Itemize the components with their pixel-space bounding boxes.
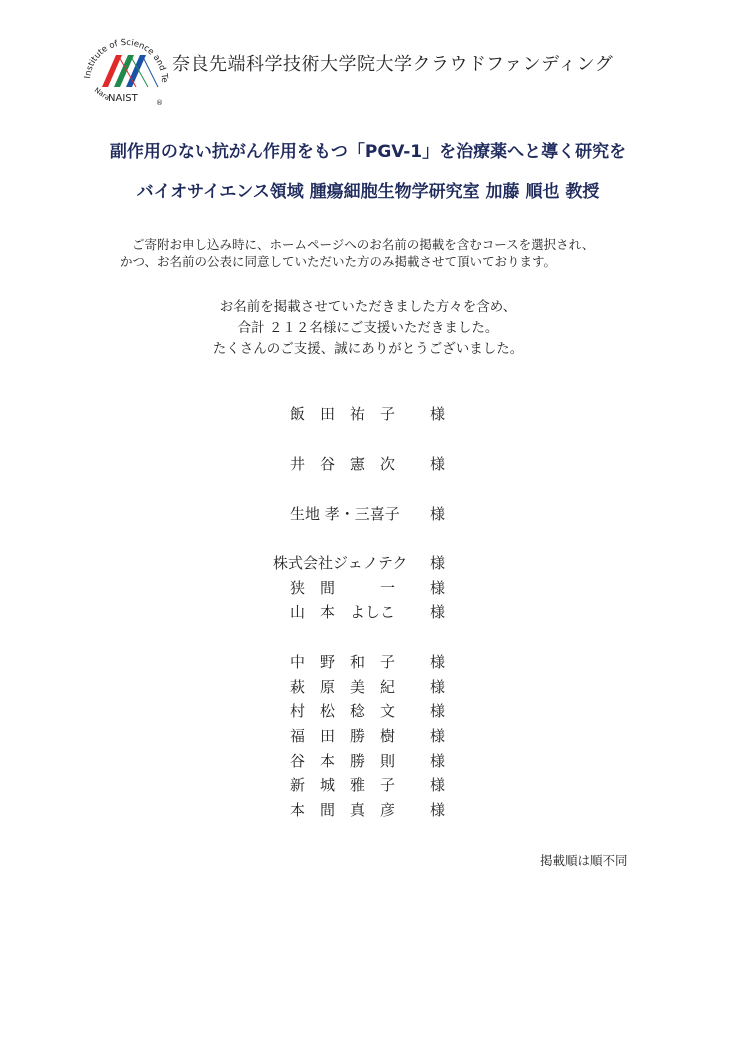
publication-notice: ご寄附お申し込み時に、ホームページへのお名前の掲載を含むコースを選択され、 かつ… [120,236,640,270]
supporter-honorific: 様 [430,504,445,524]
thanks-line-1: お名前を掲載させていただきました方々を含め、 [0,297,736,318]
supporter-name: 井 谷 憲 次 [290,454,395,474]
site-title: 奈良先端科学技術大学院大学クラウドファンディング [172,50,613,76]
supporter-name: 萩 原 美 紀 [290,677,395,697]
supporter-item: 狭 間 一 様 [290,578,490,598]
thanks-message: お名前を掲載させていただきました方々を含め、 合計 ２１２名様にご支援いただきま… [0,297,736,360]
supporter-item: 村 松 稔 文 様 [290,701,490,721]
supporter-item: 本 間 真 彦 様 [290,800,490,820]
supporter-item: 萩 原 美 紀 様 [290,677,490,697]
supporter-honorific: 様 [430,677,445,697]
thanks-line-2: 合計 ２１２名様にご支援いただきました。 [0,318,736,339]
supporter-item: 株式会社ジェノテク 様 [273,553,473,573]
thanks-line-3: たくさんのご支援、誠にありがとうございました。 [0,339,736,360]
notice-line-2: かつ、お名前の公表に同意していただいた方のみ掲載させて頂いております。 [120,253,640,270]
supporter-name: 狭 間 一 [290,578,395,598]
supporter-honorific: 様 [430,578,445,598]
supporter-name: 本 間 真 彦 [290,800,395,820]
supporter-name: 福 田 勝 樹 [290,726,395,746]
notice-line-1: ご寄附お申し込み時に、ホームページへのお名前の掲載を含むコースを選択され、 [120,236,640,253]
svg-text:NAIST: NAIST [108,93,139,104]
svg-text:®: ® [156,99,163,107]
supporter-honorific: 様 [430,652,445,672]
supporter-item: 生地 孝・三喜子 様 [290,504,490,524]
supporter-honorific: 様 [430,751,445,771]
supporter-honorific: 様 [430,404,445,424]
project-researcher: バイオサイエンス領域 腫瘍細胞生物学研究室 加藤 順也 教授 [0,177,736,202]
supporter-name: 株式会社ジェノテク [273,553,407,573]
supporter-honorific: 様 [430,553,445,573]
ordering-note: 掲載順は順不同 [540,851,628,869]
supporter-honorific: 様 [430,454,445,474]
supporter-name: 飯 田 祐 子 [290,404,395,424]
supporter-honorific: 様 [430,701,445,721]
supporter-honorific: 様 [430,726,445,746]
supporter-item: 福 田 勝 樹 様 [290,726,490,746]
naist-logo: Institute of Science and Technology Nara… [80,29,172,107]
supporter-item: 井 谷 憲 次 様 [290,454,490,474]
supporter-name: 新 城 雅 子 [290,775,395,795]
naist-logo-icon: Institute of Science and Technology Nara… [80,29,172,107]
supporter-item: 中 野 和 子 様 [290,652,490,672]
supporter-honorific: 様 [430,775,445,795]
supporter-item: 飯 田 祐 子 様 [290,404,490,424]
project-title: 副作用のない抗がん作用をもつ「PGV-1」を治療薬へと導く研究を [0,137,736,162]
supporter-name: 谷 本 勝 則 [290,751,395,771]
supporter-item: 山 本 よしこ 様 [290,602,490,622]
supporter-honorific: 様 [430,800,445,820]
supporter-name: 村 松 稔 文 [290,701,395,721]
page-header: Institute of Science and Technology Nara… [80,28,172,108]
supporter-name: 中 野 和 子 [290,652,395,672]
supporter-honorific: 様 [430,602,445,622]
supporter-item: 谷 本 勝 則 様 [290,751,490,771]
supporter-name: 山 本 よしこ [290,602,395,622]
supporter-name: 生地 孝・三喜子 [290,504,400,524]
supporter-item: 新 城 雅 子 様 [290,775,490,795]
